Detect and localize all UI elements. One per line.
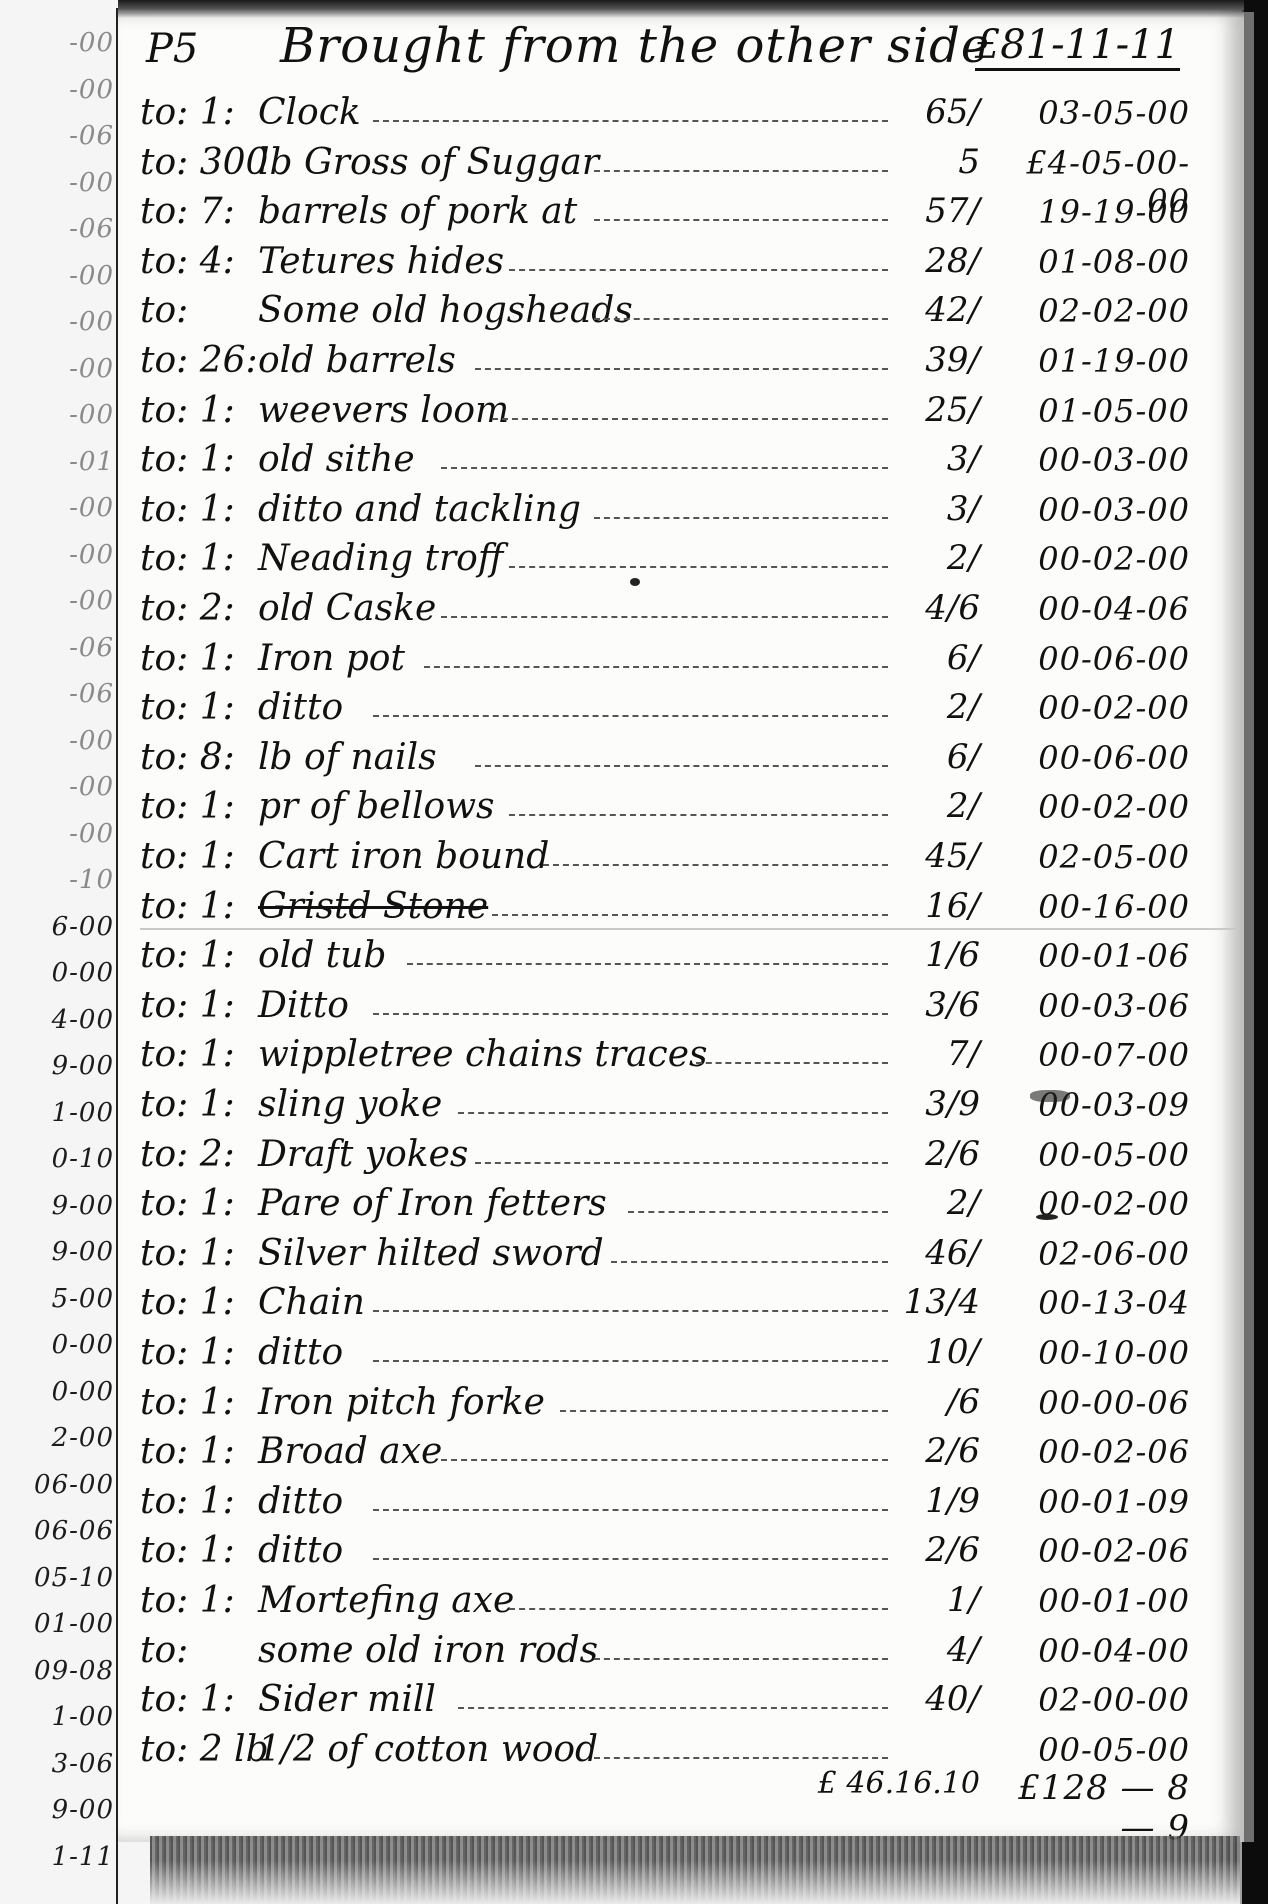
- margin-figure: -00: [14, 586, 114, 616]
- margin-figure: 1-00: [14, 1098, 114, 1128]
- margin-figure: -00: [14, 28, 114, 58]
- margin-figure: 06-06: [14, 1516, 114, 1546]
- quantity-prefix: to: 1:: [140, 1183, 235, 1224]
- line-value: 03-05-00: [1000, 94, 1190, 132]
- page-subtotal: £ 46.16.10: [700, 1766, 980, 1801]
- leader-dashes: [696, 1062, 888, 1064]
- unit-price: 4/6: [870, 588, 980, 628]
- ledger-row: to: 1:wippletree chains traces7/00-07-00: [140, 1034, 1200, 1074]
- line-value: 00-04-00: [1000, 1632, 1190, 1670]
- ledger-row: to: 1:Silver hilted sword46/02-06-00: [140, 1233, 1200, 1273]
- margin-figure: 6-00: [14, 912, 114, 942]
- margin-figure: -06: [14, 679, 114, 709]
- leader-dashes: [594, 517, 888, 519]
- margin-figure: 05-10: [14, 1563, 114, 1593]
- ledger-row: to: 1:Iron pitch forke/600-00-06: [140, 1382, 1200, 1422]
- item-description: Sider mill: [258, 1679, 436, 1720]
- quantity-prefix: to: 1:: [140, 1431, 235, 1472]
- line-value: 00-06-00: [1000, 739, 1190, 777]
- ledger-row: to: 1:Neading troff2/00-02-00: [140, 538, 1200, 578]
- quantity-prefix: to: 1:: [140, 538, 235, 579]
- quantity-prefix: to: 1:: [140, 489, 235, 530]
- quantity-prefix: to: 26:: [140, 340, 258, 381]
- unit-price: 25/: [870, 390, 980, 430]
- ledger-row: to: 1:ditto and tackling3/00-03-00: [140, 489, 1200, 529]
- item-description: weevers loom: [258, 390, 509, 431]
- item-description: old barrels: [258, 340, 456, 381]
- ledger-row: to: 1:Sider mill40/02-00-00: [140, 1679, 1200, 1719]
- leader-dashes: [628, 1211, 888, 1213]
- ledger-row: to: 2:Draft yokes2/600-05-00: [140, 1134, 1200, 1174]
- quantity-prefix: to: 1:: [140, 1034, 235, 1075]
- line-value: 00-01-00: [1000, 1582, 1190, 1620]
- ledger-header: P5 Brought from the other side £81-11-11: [140, 18, 1200, 78]
- quantity-prefix: to: 2:: [140, 588, 235, 629]
- item-description: Neading troff: [258, 538, 503, 579]
- ledger-row: to: 1:Iron pot6/00-06-00: [140, 638, 1200, 678]
- ledger-row: to: 1:Mortefing axe1/00-01-00: [140, 1580, 1200, 1620]
- leader-dashes: [458, 1707, 888, 1709]
- margin-figure: 0-00: [14, 958, 114, 988]
- unit-price: 4/: [870, 1630, 980, 1670]
- leader-dashes: [373, 1509, 888, 1511]
- unit-price: 46/: [870, 1233, 980, 1273]
- unit-price: 2/: [870, 1183, 980, 1223]
- quantity-prefix: to: 1:: [140, 638, 235, 679]
- ledger-row: to: 8:lb of nails6/00-06-00: [140, 737, 1200, 777]
- unit-price: 6/: [870, 737, 980, 777]
- item-description: Silver hilted sword: [258, 1233, 604, 1274]
- item-description: Mortefing axe: [258, 1580, 514, 1621]
- item-description: ditto: [258, 1481, 343, 1522]
- line-value: 00-02-00: [1000, 689, 1190, 727]
- line-value: 00-06-00: [1000, 640, 1190, 678]
- quantity-prefix: to: 1:: [140, 1679, 235, 1720]
- margin-figure: 06-00: [14, 1470, 114, 1500]
- leader-dashes: [373, 1558, 888, 1560]
- quantity-prefix: to: 1:: [140, 786, 235, 827]
- leader-dashes: [560, 1410, 888, 1412]
- item-description: Iron pitch forke: [258, 1382, 545, 1423]
- ink-dash: [1036, 1214, 1058, 1220]
- item-description: Some old hogsheads: [258, 290, 633, 331]
- unit-price: 2/6: [870, 1431, 980, 1471]
- line-value: 01-19-00: [1000, 342, 1190, 380]
- ink-blot: [630, 578, 640, 586]
- quantity-prefix: to:: [140, 1630, 188, 1671]
- item-description: Cart iron bound: [258, 836, 549, 877]
- line-value: 00-03-00: [1000, 441, 1190, 479]
- unit-price: 65/: [870, 92, 980, 132]
- item-description: ditto: [258, 1332, 343, 1373]
- ledger-row: to: 1:Chain13/400-13-04: [140, 1282, 1200, 1322]
- quantity-prefix: to: 1:: [140, 687, 235, 728]
- margin-figure: 9-00: [14, 1237, 114, 1267]
- margin-figure: -00: [14, 261, 114, 291]
- paper-fold-crease: [140, 928, 1240, 930]
- margin-figure: 1-11: [14, 1842, 114, 1872]
- quantity-prefix: to: 1:: [140, 886, 235, 927]
- line-value: 02-02-00: [1000, 292, 1190, 330]
- unit-price: 45/: [870, 836, 980, 876]
- leader-dashes: [594, 170, 888, 172]
- unit-price: 2/: [870, 687, 980, 727]
- quantity-prefix: to: 1:: [140, 1382, 235, 1423]
- line-value: 00-01-06: [1000, 937, 1190, 975]
- leader-dashes: [509, 1608, 888, 1610]
- unit-price: 57/: [870, 191, 980, 231]
- item-description: Chain: [258, 1282, 365, 1323]
- header-brought-forward: Brought from the other side: [280, 18, 990, 74]
- item-description: 1/2 of cotton wood: [258, 1729, 598, 1770]
- line-value: 00-04-06: [1000, 590, 1190, 628]
- margin-figure: 01-00: [14, 1609, 114, 1639]
- item-description: barrels of pork at: [258, 191, 577, 232]
- ledger-row: to: 1:ditto1/900-01-09: [140, 1481, 1200, 1521]
- ledger-row: to: 300lb Gross of Suggar5£4-05-00-00: [140, 142, 1200, 182]
- item-description: some old iron rods: [258, 1630, 598, 1671]
- ledger-row: to:Some old hogsheads42/02-02-00: [140, 290, 1200, 330]
- leader-dashes: [373, 1310, 888, 1312]
- carried-forward-total: £81-11-11: [975, 22, 1180, 71]
- quantity-prefix: to: 2:: [140, 1134, 235, 1175]
- line-value: 01-05-00: [1000, 392, 1190, 430]
- item-description: Broad axe: [258, 1431, 442, 1472]
- unit-price: 2/: [870, 538, 980, 578]
- leader-dashes: [407, 963, 888, 965]
- quantity-prefix: to: 8:: [140, 737, 235, 778]
- item-description: Pare of Iron fetters: [258, 1183, 607, 1224]
- margin-figure: -10: [14, 865, 114, 895]
- line-value: 00-10-00: [1000, 1334, 1190, 1372]
- quantity-prefix: to: 1:: [140, 1580, 235, 1621]
- margin-figure: 4-00: [14, 1005, 114, 1035]
- line-value: 02-00-00: [1000, 1681, 1190, 1719]
- line-value: 02-06-00: [1000, 1235, 1190, 1273]
- line-value: 00-02-00: [1000, 1185, 1190, 1223]
- leader-dashes: [373, 120, 888, 122]
- margin-figure: 3-06: [14, 1749, 114, 1779]
- leader-dashes: [509, 269, 888, 271]
- margin-figure: -01: [14, 447, 114, 477]
- unit-price: 13/4: [870, 1282, 980, 1322]
- ledger-row: to: 4:Tetures hides28/01-08-00: [140, 241, 1200, 281]
- line-value: 00-03-06: [1000, 987, 1190, 1025]
- unit-price: 3/: [870, 439, 980, 479]
- margin-figure: 9-00: [14, 1191, 114, 1221]
- item-description: lb of nails: [258, 737, 437, 778]
- bottom-fade: [150, 1860, 1240, 1904]
- unit-price: 2/6: [870, 1134, 980, 1174]
- item-description: lb Gross of Suggar: [258, 142, 599, 183]
- ledger-row: to: 1:ditto2/600-02-06: [140, 1530, 1200, 1570]
- leader-dashes: [458, 1112, 888, 1114]
- item-description: wippletree chains traces: [258, 1034, 707, 1075]
- line-value: 19-19-00: [1000, 193, 1190, 231]
- item-description: ditto: [258, 1530, 343, 1571]
- leader-dashes: [475, 368, 888, 370]
- item-description: Ditto: [258, 985, 349, 1026]
- margin-figure: -06: [14, 214, 114, 244]
- item-description: Clock: [258, 92, 361, 133]
- item-description: sling yoke: [258, 1084, 442, 1125]
- margin-figure: -00: [14, 354, 114, 384]
- line-value: 02-05-00: [1000, 838, 1190, 876]
- quantity-prefix: to: 1:: [140, 935, 235, 976]
- leader-dashes: [509, 814, 888, 816]
- leader-dashes: [492, 914, 888, 916]
- line-value: 00-02-00: [1000, 788, 1190, 826]
- ink-smudge: [1030, 1090, 1070, 1102]
- quantity-prefix: to: 2 lb: [140, 1729, 269, 1770]
- leader-dashes: [492, 418, 888, 420]
- margin-figure: 1-00: [14, 1702, 114, 1732]
- quantity-prefix: to: 1:: [140, 1332, 235, 1373]
- quantity-prefix: to: 1:: [140, 1084, 235, 1125]
- ledger-row: to: 1:Gristd Stone16/00-16-00: [140, 886, 1200, 926]
- line-value: 00-02-06: [1000, 1532, 1190, 1570]
- unit-price: 2/6: [870, 1530, 980, 1570]
- margin-figure: 0-00: [14, 1377, 114, 1407]
- margin-figure: -00: [14, 400, 114, 430]
- leader-dashes: [441, 467, 888, 469]
- quantity-prefix: to: 1:: [140, 1481, 235, 1522]
- item-description: old tub: [258, 935, 386, 976]
- margin-figure: -00: [14, 726, 114, 756]
- ledger-row: to: 1:Clock65/03-05-00: [140, 92, 1200, 132]
- leader-dashes: [594, 219, 888, 221]
- leader-dashes: [475, 765, 888, 767]
- ledger-row: to: 7:barrels of pork at57/19-19-00: [140, 191, 1200, 231]
- quantity-prefix: to: 4:: [140, 241, 235, 282]
- unit-price: 3/: [870, 489, 980, 529]
- leader-dashes: [509, 566, 888, 568]
- leader-dashes: [373, 1360, 888, 1362]
- margin-figure: 09-08: [14, 1656, 114, 1686]
- ledger-row: to:some old iron rods4/00-04-00: [140, 1630, 1200, 1670]
- unit-price: 16/: [870, 886, 980, 926]
- footer-totals: £ 46.16.10 £128 — 8 — 9: [140, 1766, 1200, 1806]
- ledger-row: to: 26:old barrels39/01-19-00: [140, 340, 1200, 380]
- unit-price: 1/9: [870, 1481, 980, 1521]
- item-description: ditto and tackling: [258, 489, 581, 530]
- item-description: Gristd Stone: [258, 886, 488, 927]
- margin-figure: -06: [14, 121, 114, 151]
- item-description: pr of bellows: [258, 786, 494, 827]
- line-value: 00-01-09: [1000, 1483, 1190, 1521]
- margin-figure: -06: [14, 633, 114, 663]
- item-description: old sithe: [258, 439, 415, 480]
- margin-figure: 9-00: [14, 1795, 114, 1825]
- margin-figure: 2-00: [14, 1423, 114, 1453]
- ledger-row: to: 1:Cart iron bound45/02-05-00: [140, 836, 1200, 876]
- leader-dashes: [441, 1459, 888, 1461]
- quantity-prefix: to: 1:: [140, 836, 235, 877]
- ledger-row: to: 1:old sithe3/00-03-00: [140, 439, 1200, 479]
- leader-dashes: [594, 1757, 888, 1759]
- line-value: 00-07-00: [1000, 1036, 1190, 1074]
- line-value: 00-03-09: [1000, 1086, 1190, 1124]
- unit-price: 39/: [870, 340, 980, 380]
- ledger-row: to: 1:weevers loom25/01-05-00: [140, 390, 1200, 430]
- margin-figure: -00: [14, 819, 114, 849]
- quantity-prefix: to: 300: [140, 142, 268, 183]
- unit-price: 42/: [870, 290, 980, 330]
- margin-figure: -00: [14, 307, 114, 337]
- line-value: 00-13-04: [1000, 1284, 1190, 1322]
- item-description: Tetures hides: [258, 241, 504, 282]
- line-value: 00-00-06: [1000, 1384, 1190, 1422]
- unit-price: 3/6: [870, 985, 980, 1025]
- margin-figure: -00: [14, 75, 114, 105]
- ledger-row: to: 1:Broad axe2/600-02-06: [140, 1431, 1200, 1471]
- line-value: 00-05-00: [1000, 1731, 1190, 1769]
- ledger-row: to: 1:Ditto3/600-03-06: [140, 985, 1200, 1025]
- margin-figure: -00: [14, 168, 114, 198]
- page-reference: P5: [146, 26, 198, 72]
- unit-price: 40/: [870, 1679, 980, 1719]
- quantity-prefix: to: 1:: [140, 985, 235, 1026]
- quantity-prefix: to: 1:: [140, 1282, 235, 1323]
- ledger-row: to: 1:pr of bellows2/00-02-00: [140, 786, 1200, 826]
- line-value: 00-03-00: [1000, 491, 1190, 529]
- unit-price: 6/: [870, 638, 980, 678]
- ledger-row: to: 1:old tub1/600-01-06: [140, 935, 1200, 975]
- ledger-row: to: 2 lb1/2 of cotton wood00-05-00: [140, 1729, 1200, 1769]
- quantity-prefix: to: 1:: [140, 1233, 235, 1274]
- leader-dashes: [543, 864, 888, 866]
- unit-price: 3/9: [870, 1084, 980, 1124]
- leader-dashes: [373, 1013, 888, 1015]
- margin-figure: 5-00: [14, 1284, 114, 1314]
- unit-price: /6: [870, 1382, 980, 1422]
- line-value: 01-08-00: [1000, 243, 1190, 281]
- leader-dashes: [424, 666, 888, 668]
- leader-dashes: [611, 1261, 888, 1263]
- leader-dashes: [594, 318, 888, 320]
- quantity-prefix: to: 1:: [140, 439, 235, 480]
- ledger-row: to: 1:ditto10/00-10-00: [140, 1332, 1200, 1372]
- unit-price: 7/: [870, 1034, 980, 1074]
- margin-figure: 0-10: [14, 1144, 114, 1174]
- line-value: 00-02-00: [1000, 540, 1190, 578]
- margin-figure: -00: [14, 772, 114, 802]
- line-value: 00-16-00: [1000, 888, 1190, 926]
- margin-figure: -00: [14, 540, 114, 570]
- quantity-prefix: to: 1:: [140, 390, 235, 431]
- unit-price: 1/6: [870, 935, 980, 975]
- top-scan-shadow: [118, 0, 1244, 18]
- line-value: 00-05-00: [1000, 1136, 1190, 1174]
- quantity-prefix: to:: [140, 290, 188, 331]
- leader-dashes: [475, 1162, 888, 1164]
- leader-dashes: [441, 616, 888, 618]
- unit-price: 10/: [870, 1332, 980, 1372]
- item-description: Iron pot: [258, 638, 405, 679]
- ledger-row: to: 2:old Caske4/600-04-06: [140, 588, 1200, 628]
- item-description: Draft yokes: [258, 1134, 468, 1175]
- margin-figure: 9-00: [14, 1051, 114, 1081]
- unit-price: 5: [870, 142, 980, 182]
- quantity-prefix: to: 7:: [140, 191, 235, 232]
- leader-dashes: [594, 1658, 888, 1660]
- unit-price: 28/: [870, 241, 980, 281]
- margin-figure: 0-00: [14, 1330, 114, 1360]
- unit-price: 1/: [870, 1580, 980, 1620]
- ledger-row: to: 1:ditto2/00-02-00: [140, 687, 1200, 727]
- margin-figure: -00: [14, 493, 114, 523]
- line-value: 00-02-06: [1000, 1433, 1190, 1471]
- quantity-prefix: to: 1:: [140, 92, 235, 133]
- unit-price: 2/: [870, 786, 980, 826]
- item-description: old Caske: [258, 588, 436, 629]
- quantity-prefix: to: 1:: [140, 1530, 235, 1571]
- item-description: ditto: [258, 687, 343, 728]
- leader-dashes: [373, 715, 888, 717]
